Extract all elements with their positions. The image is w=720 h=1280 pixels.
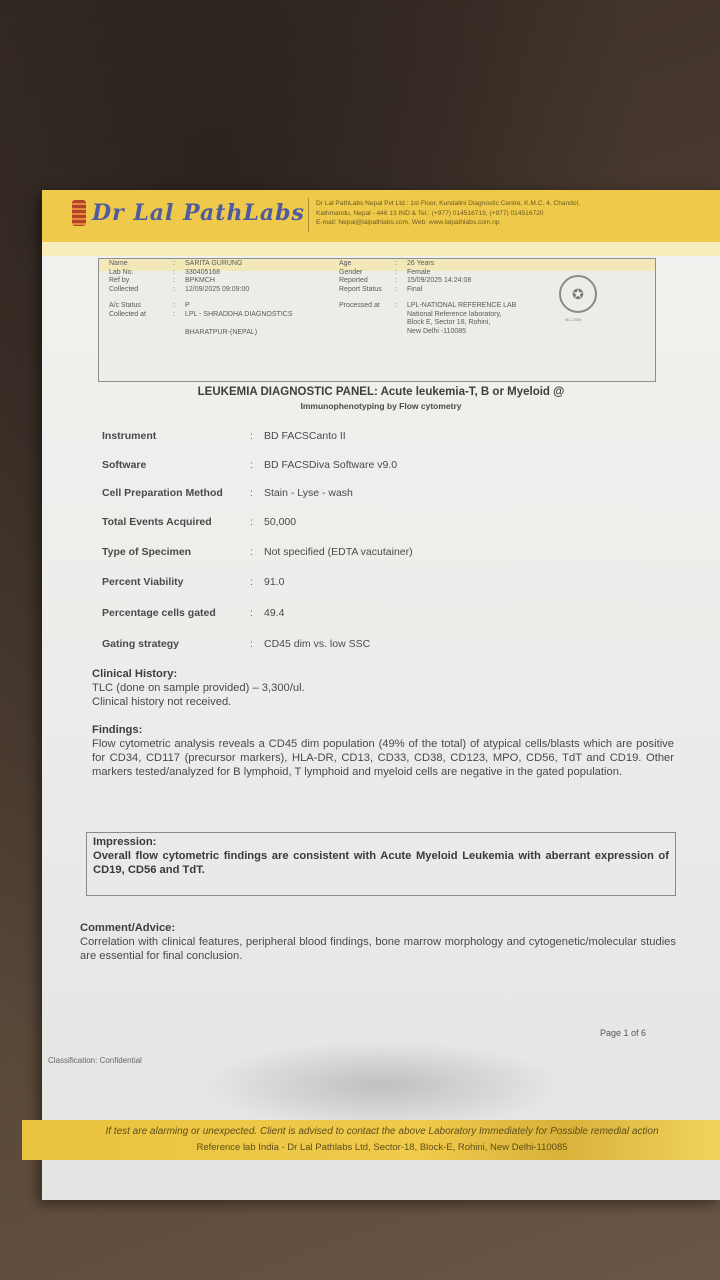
impression-text: Overall flow cytometric findings are con… [93,849,669,877]
logo-text: Dr Lal PathLabs [92,200,305,226]
accreditation-seal-icon: ✪ [559,275,597,313]
comment-advice: Comment/Advice: Correlation with clinica… [80,921,676,963]
patient-details-box: Name:SARITA GURUNG Lab No.:330405168 Ref… [98,258,656,382]
spec-specimen-type: Type of Specimen:Not specified (EDTA vac… [102,546,413,558]
report-page: Dr Lal PathLabs Dr Lal PathLabs Nepal Pv… [42,190,720,1200]
report-title: LEUKEMIA DIAGNOSTIC PANEL: Acute leukemi… [42,386,720,398]
report-subtitle: Immunophenotyping by Flow cytometry [42,401,720,411]
field-name: Name:SARITA GURUNG [109,260,293,269]
field-ac-status: A/c Status:P [109,302,293,311]
page-number: Page 1 of 6 [600,1028,646,1038]
field-lab-no: Lab No.:330405168 [109,269,293,278]
findings: Findings: Flow cytometric analysis revea… [92,723,674,779]
seal-label: MC-2059 [565,317,581,322]
field-report-status: Report Status:Final [339,286,517,295]
field-collected: Collected:12/09/2025 09:09:00 [109,286,293,295]
field-ref-by: Ref by:BPKMCH [109,277,293,286]
address-line: Dr Lal PathLabs Nepal Pvt Ltd.: 1st Floo… [316,199,716,209]
clinical-history-heading: Clinical History: [92,667,674,681]
phone-shadow [202,1040,562,1130]
spec-cell-prep: Cell Preparation Method:Stain - Lyse - w… [102,487,353,499]
field-gender: Gender:Female [339,269,517,278]
header-divider [308,198,309,232]
logo-mark-icon [72,200,86,226]
collected-at-line2: BHARATPUR-(NEPAL) [109,329,293,338]
header-strip [42,242,720,256]
comment-heading: Comment/Advice: [80,921,676,935]
patient-left-column: Name:SARITA GURUNG Lab No.:330405168 Ref… [109,260,293,338]
impression-heading: Impression: [93,835,669,849]
footer-band: If test are alarming or unexpected. Clie… [22,1120,720,1160]
clinical-history: Clinical History: TLC (done on sample pr… [92,667,674,709]
clinical-history-line: TLC (done on sample provided) – 3,300/ul… [92,681,674,695]
letterhead: Dr Lal PathLabs Dr Lal PathLabs Nepal Pv… [42,190,720,242]
findings-text: Flow cytometric analysis reveals a CD45 … [92,737,674,779]
classification-label: Classification: Confidential [48,1056,142,1065]
field-reported: Reported:15/09/2025 14:24:08 [339,277,517,286]
spec-total-events: Total Events Acquired:50,000 [102,516,296,528]
field-processed-at: Processed at:LPL-NATIONAL REFERENCE LAB [339,302,517,311]
spec-cells-gated: Percentage cells gated:49.4 [102,607,284,619]
comment-text: Correlation with clinical features, peri… [80,935,676,963]
footer-reference-lab: Reference lab India - Dr Lal Pathlabs Lt… [22,1142,720,1153]
spec-instrument: Instrument:BD FACSCanto II [102,430,346,442]
footer-disclaimer: If test are alarming or unexpected. Clie… [22,1126,720,1137]
address-line: Kathmandu, Nepal - 446 13 IND & Tel.: (+… [316,209,716,219]
address-line: E-mail: Nepal@lalpathlabs.com, Web: www.… [316,218,716,228]
patient-right-column: Age:26 Years Gender:Female Reported:15/0… [339,260,517,336]
impression-box: Impression: Overall flow cytometric find… [86,832,676,896]
field-collected-at: Collected at:LPL - SHRADDHA DIAGNOSTICS [109,311,293,320]
clinical-history-line: Clinical history not received. [92,695,674,709]
lab-address: Dr Lal PathLabs Nepal Pvt Ltd.: 1st Floo… [316,199,716,228]
processed-at-address: National Reference laboratory, Block E, … [339,311,517,337]
logo: Dr Lal PathLabs [72,200,305,226]
spec-software: Software:BD FACSDiva Software v9.0 [102,459,397,471]
spec-gating-strategy: Gating strategy:CD45 dim vs. low SSC [102,638,370,650]
spec-viability: Percent Viability:91.0 [102,576,284,588]
field-age: Age:26 Years [339,260,517,269]
findings-heading: Findings: [92,723,674,737]
